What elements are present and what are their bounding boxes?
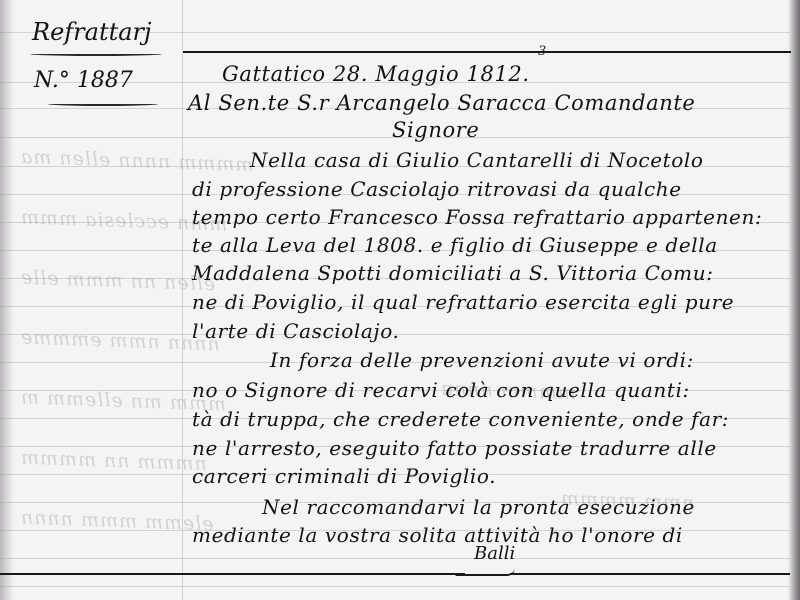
bleed-through: nnnn nmm emmme [20,327,220,356]
ruled-line [0,586,790,587]
body-line: di professione Casciolajo ritrovasi da q… [192,179,682,199]
margin-underline [48,102,158,106]
ruled-line [0,558,790,559]
margin-line [182,0,183,600]
body-line: no o Signore di recarvi colà con quella … [192,380,690,400]
margin-underline [30,52,162,56]
body-line: ne l'arresto, eseguito fatto possiate tr… [192,438,717,458]
bleed-through: elemm mmm nnnn [20,507,214,536]
page-edge [788,0,800,600]
footer-rule-right [510,573,790,575]
body-line: carceri criminali di Poviglio. [192,466,496,486]
margin-title: Refrattarj [32,18,151,46]
header-mark: 3 [538,44,546,59]
footer-rule-left [0,573,465,575]
body-line: ne di Poviglio, il qual refrattario eser… [192,292,734,312]
signature-flourish [455,568,515,576]
body-line: tà di truppa, che crederete conveniente,… [192,409,729,429]
body-line: te alla Leva del 1808. e figlio di Giuse… [192,235,718,255]
header-rule [183,51,791,53]
binding-shadow [0,0,14,600]
body-line: mediante la vostra solita attività ho l'… [192,525,683,545]
signature: Balli [474,543,515,564]
body-line: In forza delle prevenzioni avute vi ordi… [270,350,694,370]
body-line: tempo certo Francesco Fossa refrattario … [192,207,762,227]
addressee: Al Sen.te S.r Arcangelo Saracca Comandan… [188,93,695,114]
body-line: Nel raccomandarvi la pronta esecuzione [262,497,695,517]
place-date: Gattatico 28. Maggio 1812. [222,64,530,85]
bleed-through: nmmm nn mmmm [20,447,208,476]
bleed-through: ellen nn mmm elle [20,267,216,296]
margin-number: N.° 1887 [34,68,133,93]
body-line: Maddalena Spotti domiciliati a S. Vittor… [192,263,714,283]
body-line: Nella casa di Giulio Cantarelli di Nocet… [250,150,704,170]
bleed-through: mmmm nnnn ellen ma [20,146,254,176]
document-page: mmmm nnnn ellen ma mmn ecclesia mmm elle… [0,0,800,600]
salutation: Signore [392,120,479,141]
body-line: l'arte di Casciolajo. [192,321,399,341]
